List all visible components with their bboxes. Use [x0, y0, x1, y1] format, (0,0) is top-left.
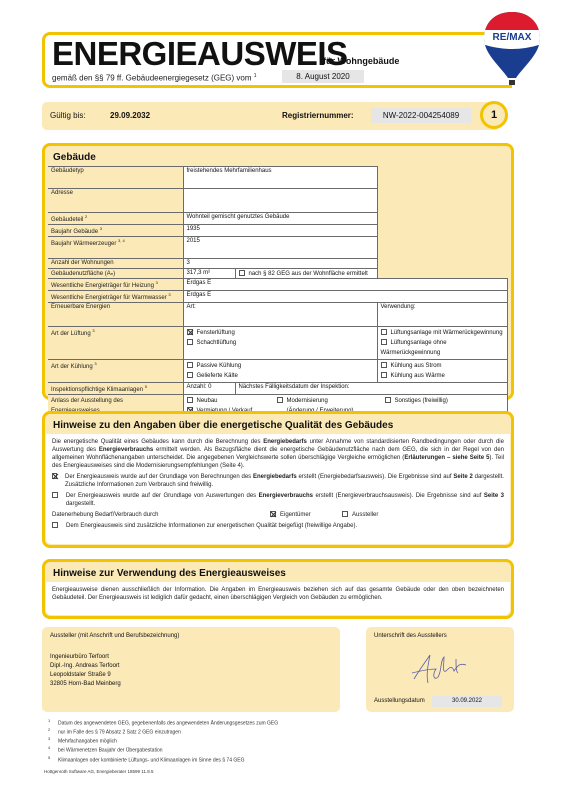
- law-reference: gemäß den §§ 79 ff. Gebäudeenergiegesetz…: [52, 73, 257, 83]
- checkbox-checked-icon[interactable]: [270, 511, 276, 517]
- signature-icon: [406, 651, 476, 687]
- checkbox-icon[interactable]: [187, 397, 193, 403]
- renewable-type: Art:: [183, 303, 377, 327]
- checkbox-checked-icon[interactable]: [52, 473, 57, 479]
- table-row: Gebäudenutzfläche (Aₙ) 317,3 m² nach § 8…: [48, 269, 507, 279]
- ventilation-without-recovery[interactable]: Lüftungsanlage ohne Wärmerückgewinnung: [381, 338, 504, 358]
- issue-date-label: Ausstellungsdatum: [374, 698, 425, 704]
- checkbox-icon[interactable]: [187, 362, 193, 368]
- heat-generator-year-value: 2015: [183, 237, 377, 259]
- issuer-line: Ingenieurbüro Terfoort: [50, 653, 332, 662]
- collected-by-owner[interactable]: Eigentümer: [270, 511, 342, 519]
- ventilation-shaft[interactable]: Schachtlüftung: [187, 338, 374, 348]
- validity-bar: Gültig bis: 29.09.2032 Registriernummer:…: [42, 102, 500, 130]
- software-imprint: Hottgenroth Software AG, Energieberater …: [44, 769, 154, 774]
- area-derived-option[interactable]: nach § 82 GEG aus der Wohnfläche ermitte…: [235, 269, 377, 279]
- footnote: 5Klimaanlagen oder kombinierte Lüftungs-…: [48, 755, 278, 764]
- law-date-field: 8. August 2020: [282, 70, 364, 83]
- footnote: 4bei Wärmenetzen Baujahr der Übergabesta…: [48, 745, 278, 754]
- issuer-line: Dipl.-Ing. Andreas Terfoort: [50, 662, 332, 671]
- issuer-line: 32805 Horn-Bad Meinberg: [50, 680, 332, 689]
- svg-text:RE/MAX: RE/MAX: [493, 32, 532, 43]
- ac-count: Anzahl: 0: [183, 383, 235, 395]
- checkbox-checked-icon[interactable]: [187, 329, 193, 335]
- table-row: Inspektionspflichtige Klimaanlagen 5 Anz…: [48, 383, 507, 395]
- energy-quality-notes-panel: Hinweise zu den Angaben über die energet…: [42, 411, 514, 548]
- issuer-box: Aussteller (mit Anschrift und Berufsbeze…: [42, 627, 340, 712]
- building-part-value: Wohnteil gemischt genutztes Gebäude: [183, 213, 377, 225]
- issue-date-value: 30.09.2022: [432, 696, 502, 707]
- table-row: Art der Kühlung 3 Passive Kühlung Gelief…: [48, 360, 507, 383]
- signature-label: Unterschrift des Ausstellers: [374, 633, 506, 639]
- checkbox-icon[interactable]: [52, 492, 58, 498]
- collected-by-issuer[interactable]: Aussteller: [342, 511, 378, 519]
- document-subtitle: für Wohngebäude: [323, 56, 399, 66]
- usage-notes-panel: Hinweise zur Verwendung des Energieauswe…: [42, 559, 514, 619]
- ventilation-window[interactable]: Fensterlüftung: [187, 328, 374, 338]
- remax-balloon-logo-icon: RE/MAX: [482, 10, 542, 92]
- usage-notes-title: Hinweise zur Verwendung des Energieauswe…: [45, 562, 511, 582]
- checkbox-icon[interactable]: [381, 329, 387, 335]
- option-consumption-certificate[interactable]: Der Energieausweis wurde auf der Grundla…: [52, 492, 504, 508]
- valid-until-label: Gültig bis:: [50, 111, 86, 120]
- checkbox-icon[interactable]: [239, 270, 245, 276]
- issuer-label: Aussteller (mit Anschrift und Berufsbeze…: [50, 633, 332, 639]
- cooling-heat[interactable]: Kühlung aus Wärme: [381, 371, 504, 381]
- checkbox-icon[interactable]: [381, 362, 387, 368]
- checkbox-icon[interactable]: [342, 511, 348, 517]
- renewable-usage: Verwendung:: [377, 303, 507, 327]
- address-value: [183, 189, 377, 213]
- building-type-value: freistehendes Mehrfamilienhaus: [183, 167, 377, 189]
- energy-quality-intro: Die energetische Qualität eines Gebäudes…: [52, 438, 504, 470]
- apartments-count-value: 3: [183, 259, 377, 269]
- construction-year-value: 1935: [183, 225, 377, 237]
- ventilation-with-recovery[interactable]: Lüftungsanlage mit Wärmerückgewinnung: [381, 328, 504, 338]
- data-collection-label: Datenerhebung Bedarf/Verbrauch durch: [52, 511, 270, 519]
- table-row: Art der Lüftung 3 Fensterlüftung Schacht…: [48, 327, 507, 360]
- option-demand-certificate[interactable]: Der Energieausweis wurde auf der Grundla…: [52, 473, 504, 489]
- usable-area-value: 317,3 m²: [183, 269, 235, 279]
- building-table: Gebäudetyp freistehendes Mehrfamilienhau…: [48, 166, 508, 418]
- checkbox-icon[interactable]: [187, 372, 193, 378]
- table-row: Erneuerbare Energien Art: Verwendung:: [48, 303, 507, 327]
- checkbox-icon[interactable]: [385, 397, 391, 403]
- checkbox-icon[interactable]: [187, 339, 193, 345]
- footnote: 1Datum des angewendeten GEG, gegebenenfa…: [48, 718, 278, 727]
- heating-energy-value: Erdgas E: [183, 279, 507, 291]
- energy-quality-notes-title: Hinweise zu den Angaben über die energet…: [45, 414, 511, 434]
- checkbox-icon[interactable]: [381, 339, 387, 345]
- inspection-due-date: Nächstes Fälligkeitsdatum der Inspektion…: [235, 383, 507, 395]
- signature-box: Unterschrift des Ausstellers Ausstellung…: [366, 627, 514, 712]
- reason-modernisation[interactable]: Modernisierung: [267, 396, 385, 406]
- checkbox-icon[interactable]: [381, 372, 387, 378]
- reason-new-build[interactable]: Neubau: [187, 396, 267, 406]
- document-title: ENERGIEAUSWEIS: [52, 36, 348, 72]
- checkbox-icon[interactable]: [52, 522, 58, 528]
- table-row: Wesentliche Energieträger für Warmwasser…: [48, 291, 507, 303]
- hot-water-energy-value: Erdgas E: [183, 291, 507, 303]
- table-row: Gebäudetyp freistehendes Mehrfamilienhau…: [48, 167, 507, 189]
- registration-number: NW-2022-004254089: [371, 108, 471, 123]
- cooling-passive[interactable]: Passive Kühlung: [187, 361, 374, 371]
- checkbox-icon[interactable]: [277, 397, 283, 403]
- building-panel: Gebäude Gebäudetyp freistehendes Mehrfam…: [42, 143, 514, 400]
- cooling-delivered[interactable]: Gelieferte Kälte: [187, 371, 374, 381]
- valid-until-value: 29.09.2032: [110, 111, 150, 120]
- registration-label: Registriernummer:: [282, 111, 354, 120]
- footnotes: 1Datum des angewendeten GEG, gegebenenfa…: [48, 718, 278, 764]
- page-number-badge: 1: [480, 101, 508, 129]
- table-row: Wesentliche Energieträger für Heizung 3 …: [48, 279, 507, 291]
- footnote: 2nur im Falle des § 79 Absatz 2 Satz 2 G…: [48, 727, 278, 736]
- reason-other[interactable]: Sonstiges (freiwillig): [385, 396, 448, 406]
- footnote: 3Mehrfachangaben möglich: [48, 736, 278, 745]
- usage-notes-text: Energieausweise dienen ausschließlich de…: [52, 586, 504, 602]
- option-additional-info[interactable]: Dem Energieausweis sind zusätzliche Info…: [52, 522, 504, 530]
- cooling-electric[interactable]: Kühlung aus Strom: [381, 361, 504, 371]
- issuer-line: Leopoldstaler Straße 9: [50, 671, 332, 680]
- building-panel-title: Gebäude: [45, 146, 511, 166]
